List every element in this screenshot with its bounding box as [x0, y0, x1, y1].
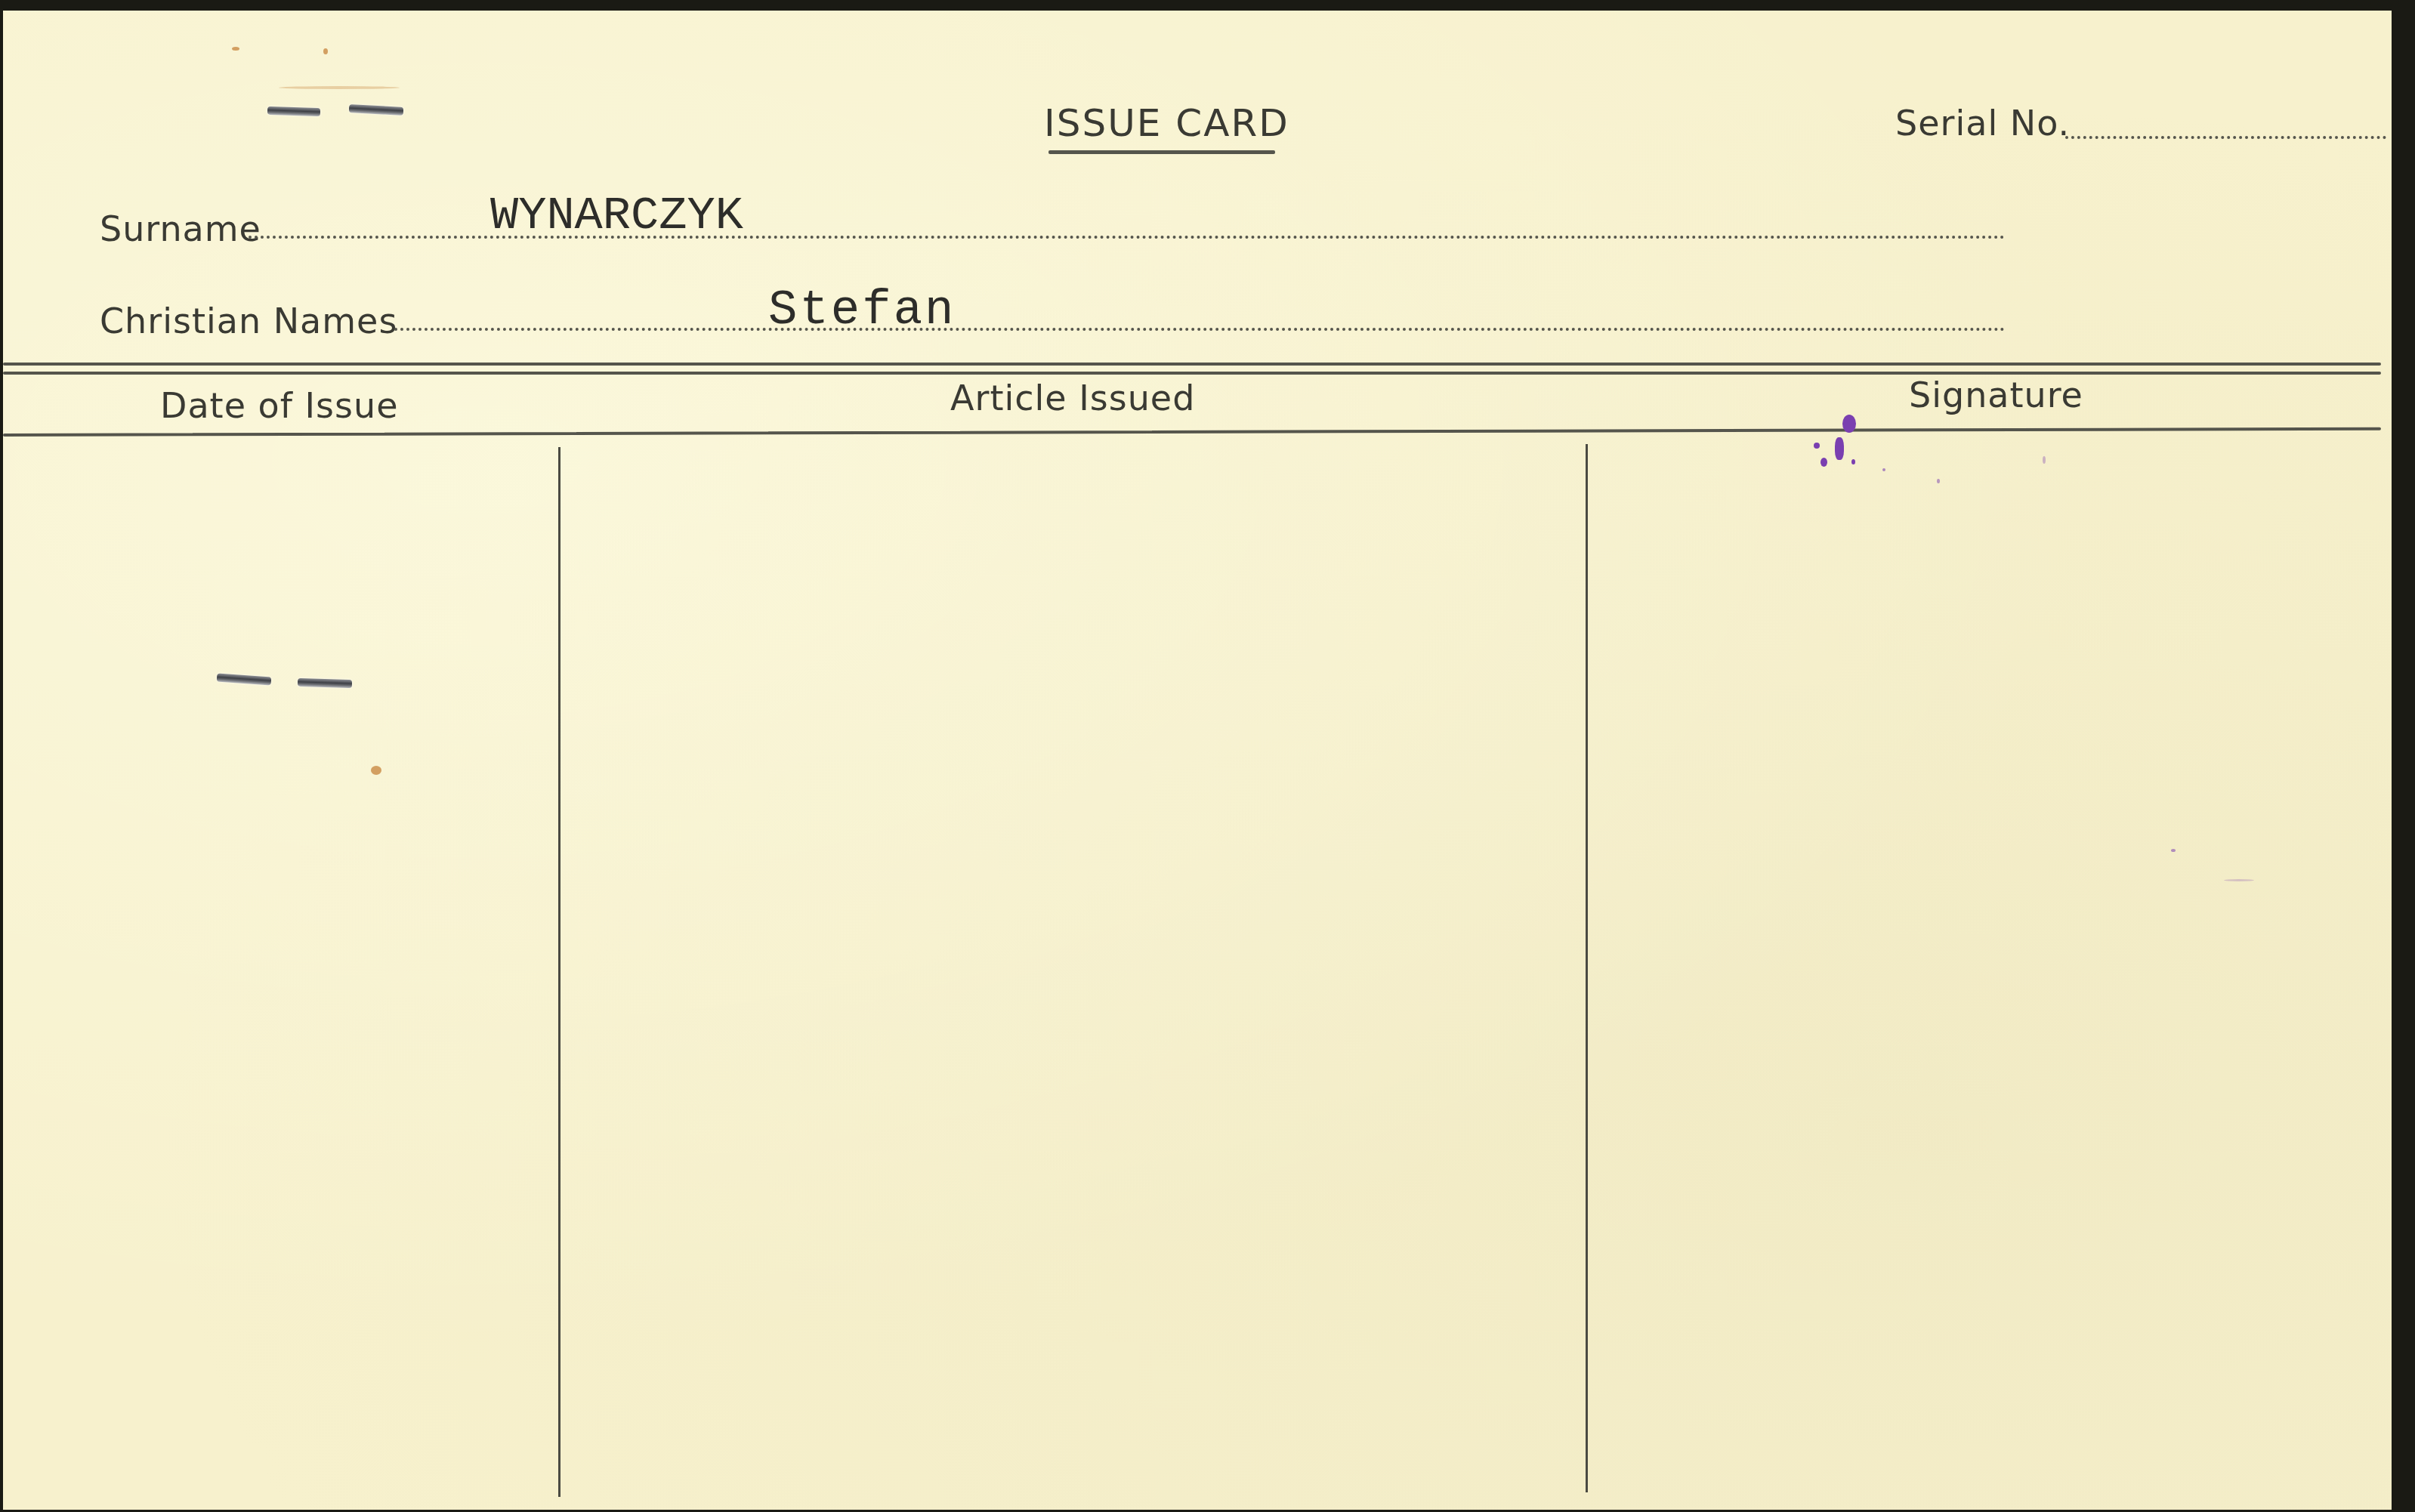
serial-label: Serial No. — [1895, 103, 2070, 143]
surname-label: Surname — [100, 208, 261, 249]
rust-spot — [323, 48, 328, 54]
ink-stamp-mark — [2224, 879, 2254, 881]
header-rule-top — [3, 363, 2381, 366]
staple-icon — [267, 106, 320, 116]
column-divider-1 — [558, 447, 561, 1497]
ink-stamp-mark — [1937, 479, 1940, 483]
signature-column[interactable] — [1589, 438, 2381, 1495]
column-divider-2 — [1586, 444, 1588, 1492]
serial-field[interactable] — [2065, 136, 2386, 139]
christian-names-field[interactable] — [394, 328, 2006, 331]
christian-names-label: Christian Names — [100, 301, 397, 341]
title-underline — [1048, 150, 1275, 154]
ink-stamp-mark — [1821, 458, 1827, 467]
ink-stamp-mark — [1851, 459, 1855, 464]
card-title: ISSUE CARD — [1044, 101, 1289, 145]
ink-stamp-mark — [1842, 415, 1856, 433]
column-header-article-issued: Article Issued — [950, 378, 1195, 418]
date-of-issue-column[interactable] — [3, 438, 557, 1495]
column-header-date-of-issue: Date of Issue — [160, 385, 398, 426]
issue-card: ISSUE CARD Serial No. Surname WYNARCZYK … — [3, 11, 2392, 1510]
rust-spot — [371, 766, 381, 775]
ink-stamp-mark — [2171, 849, 2176, 852]
ink-stamp-mark — [1814, 443, 1820, 449]
article-issued-column[interactable] — [562, 438, 1583, 1495]
ink-stamp-mark — [2043, 456, 2046, 464]
christian-names-value: Stefan — [768, 284, 956, 338]
rust-spot — [232, 47, 239, 51]
rust-spot — [279, 86, 400, 89]
surname-value: WYNARCZYK — [490, 189, 743, 242]
column-header-rule — [3, 427, 2381, 437]
ink-stamp-mark — [1882, 468, 1885, 471]
staple-icon — [349, 104, 403, 116]
column-header-signature: Signature — [1909, 375, 2083, 415]
ink-stamp-mark — [1835, 437, 1844, 460]
